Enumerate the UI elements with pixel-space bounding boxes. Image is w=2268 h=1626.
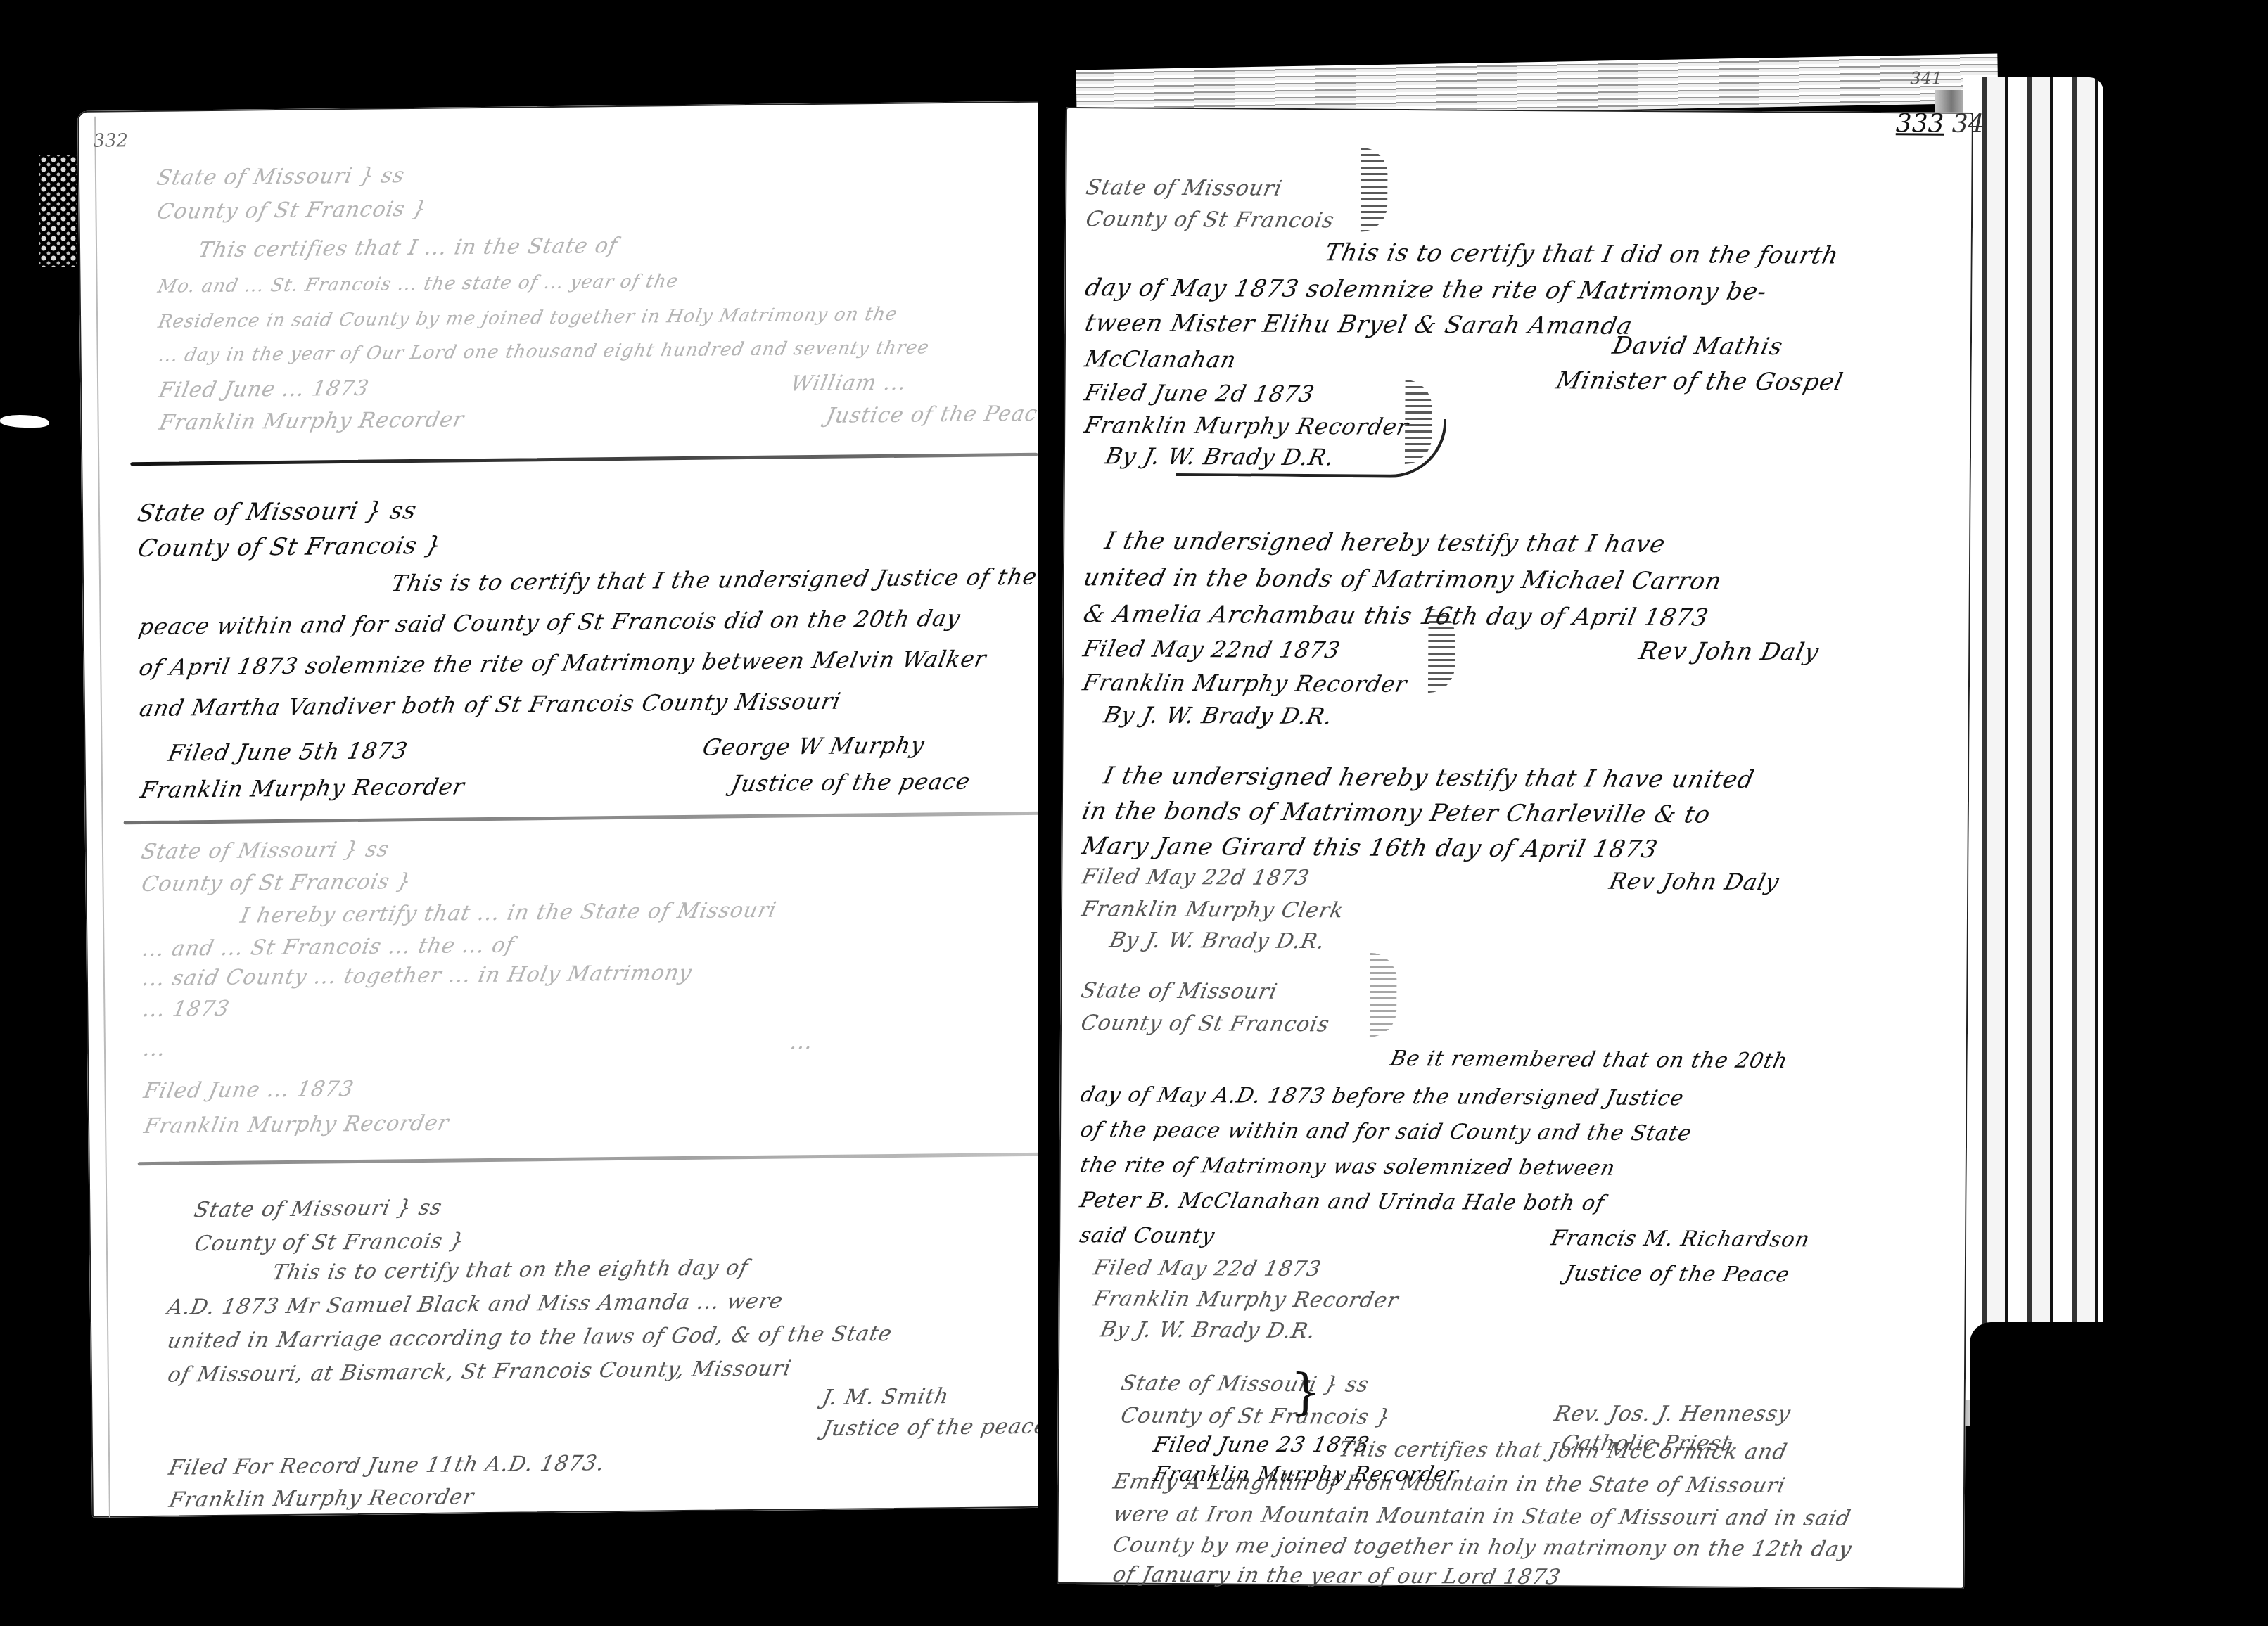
entry-line: and Martha Vandiver both of St Francois … (138, 690, 843, 720)
top-edge-number: 341 (1910, 68, 1942, 88)
entry-line: & Amelia Archambau this 16th day of Apri… (1081, 602, 1711, 629)
filed-line: Filed For Record June 11th A.D. 1873. (167, 1453, 606, 1479)
right-page: 333 34 341 State of Missouri County of S… (1057, 107, 1973, 1589)
scan-speckle-artifact (39, 155, 77, 267)
entry-line: peace within and for said County of St F… (136, 607, 962, 638)
entry-divider (124, 812, 1045, 825)
entry-line: were at Iron Mountain Mountain in State … (1111, 1504, 1852, 1529)
entry-line: Residence in said County by me joined to… (157, 305, 900, 331)
entry-divider (130, 453, 1038, 466)
entry-line: By J. W. Brady D.R. (1107, 930, 1327, 952)
entry-line: This is to certify that I the undersigne… (390, 565, 1040, 595)
entry-line: State of Missouri } ss (1119, 1374, 1371, 1396)
record-entry: State of Missouri } ss County of St Fran… (77, 101, 1055, 111)
entry-line: Mo. and ... St. Francois ... the state o… (156, 272, 680, 296)
right-page-number: 333 (1896, 109, 1944, 138)
seal-flourish (1361, 148, 1388, 232)
entry-line: County of St Francois } (1119, 1406, 1392, 1428)
signature: Francis M. Richardson (1549, 1228, 1812, 1250)
entry-line: ... day in the year of Our Lord one thou… (157, 338, 931, 365)
entry-line: State of Missouri (1079, 980, 1280, 1003)
entry-line: said County (1078, 1225, 1217, 1247)
filed-line: Franklin Murphy Recorder (167, 1487, 476, 1511)
entry-line: Franklin Murphy Recorder (158, 409, 466, 434)
entry-line: State of Missouri } ss (155, 165, 407, 189)
entry-line: Franklin Murphy Clerk (1080, 899, 1346, 921)
entry-line: State of Missouri } ss (136, 499, 419, 525)
scan-edge-artifact (0, 415, 49, 428)
entry-line: of the peace within and for said County … (1078, 1120, 1694, 1144)
entry-line: Filed May 22nd 1873 (1081, 637, 1343, 661)
signature-title: Justice of the peace (821, 1416, 1050, 1440)
record-entry: State of Missouri } ss County of St Fran… (77, 101, 1055, 111)
entry-line: By J. W. Brady D.R. (1102, 703, 1335, 727)
left-page-number: 332 (93, 130, 128, 152)
entry-line: ... and ... St Francois ... the ... of (140, 935, 516, 961)
signature: David Mathis (1610, 334, 1785, 359)
entry-line: ... said County ... together ... in Holy… (141, 963, 694, 990)
adjacent-tab-number: 34 (1952, 110, 1984, 139)
entry-line: Filed June ... 1873 (157, 378, 371, 402)
signature: ... (789, 1032, 815, 1053)
scan-shadow (1970, 1322, 2139, 1626)
entry-line: I hereby certify that ... in the State o… (238, 900, 778, 927)
entry-line: County of St Francois } (136, 534, 444, 561)
entry-line: County of St Francois } (155, 199, 428, 223)
entry-line: Filed May 22d 1873 (1080, 866, 1311, 889)
entry-line: I the undersigned hereby testify that I … (1103, 529, 1668, 556)
scan-shadow (84, 1519, 218, 1626)
entry-line: Filed June 23 1873 (1152, 1435, 1372, 1456)
entry-line: County of St Francois } (193, 1231, 466, 1255)
entry-line: This is to certify that I did on the fou… (1323, 241, 1841, 267)
record-entry: State of Missouri } ss County of St Fran… (77, 101, 1055, 111)
entry-line: Franklin Murphy Recorder (1081, 671, 1410, 696)
entry-line: Filed May 22d 1873 (1092, 1257, 1323, 1280)
entry-line: united in Marriage according to the laws… (165, 1324, 894, 1352)
seal-flourish (1176, 417, 1447, 478)
signature: Rev John Daly (1607, 870, 1782, 893)
entry-line: tween Mister Elihu Bryel & Sarah Amanda (1083, 311, 1634, 338)
entry-line: Peter B. McClanahan and Urinda Hale both… (1078, 1190, 1607, 1215)
entry-line: Mary Jane Girard this 16th day of April … (1080, 834, 1660, 862)
entry-line: ... 1873 (141, 999, 231, 1020)
signature-title: Justice of the peace (730, 770, 973, 795)
entry-line: County of St Francois (1084, 209, 1337, 231)
entry-line: I the undersigned hereby testify that I … (1101, 764, 1756, 792)
entry-line: A.D. 1873 Mr Samuel Black and Miss Amand… (165, 1291, 785, 1319)
signature-title: Justice of the Peace (824, 404, 1053, 427)
entry-line: State of Missouri } ss (139, 839, 391, 863)
entry-line: State of Missouri } ss (192, 1198, 444, 1222)
entry-line: day of May 1873 solemnize the rite of Ma… (1083, 276, 1769, 304)
entry-line: in the bonds of Matrimony Peter Charlevi… (1080, 799, 1713, 826)
entry-line: By J. W. Brady D.R. (1098, 1319, 1318, 1342)
signature: Rev John Daly (1637, 639, 1821, 665)
entry-line: County by me joined together in holy mat… (1111, 1535, 1854, 1560)
signature-title: Catholic Priest (1560, 1433, 1733, 1454)
entry-line: Filed June ... 1873 (142, 1079, 356, 1102)
entry-line: County of St Francois (1079, 1013, 1332, 1035)
seal-flourish (1428, 608, 1455, 693)
entry-line: Franklin Murphy Recorder (142, 1113, 451, 1138)
signature: Rev. Jos. J. Hennessy (1553, 1404, 1793, 1425)
entry-line: County of St Francois } (139, 871, 413, 895)
record-entry: State of Missouri } ss County of St Fran… (77, 101, 1055, 111)
entry-line: of Missouri, at Bismarck, St Francois Co… (166, 1358, 794, 1385)
signature: William ... (789, 373, 908, 395)
entry-line: This is to certify that on the eighth da… (270, 1257, 750, 1283)
entry-line: This certifies that I ... in the State o… (196, 236, 619, 261)
signature-title: Minister of the Gospel (1554, 369, 1845, 394)
entry-line: the rite of Matrimony was solemnized bet… (1078, 1155, 1618, 1179)
entry-line: Filed June 5th 1873 (166, 739, 409, 764)
entry-line: McClanahan (1083, 347, 1238, 371)
brace-mark: } (1290, 1367, 1322, 1416)
entry-line: Franklin Murphy Recorder (139, 775, 467, 801)
entry-line: day of May A.D. 1873 before the undersig… (1078, 1084, 1686, 1109)
entry-line: of January in the year of our Lord 1873 (1111, 1564, 1562, 1588)
page-stack-edges (1963, 77, 2103, 1400)
entry-line: Franklin Murphy Recorder (1091, 1288, 1400, 1312)
seal-flourish (1370, 953, 1397, 1037)
signature: George W Murphy (701, 734, 926, 758)
entry-line: of April 1873 solemnize the rite of Matr… (137, 647, 988, 679)
entry-line: State of Missouri (1084, 177, 1285, 200)
entry-line: united in the bonds of Matrimony Michael… (1081, 565, 1724, 593)
entry-line: Be it remembered that on the 20th (1388, 1049, 1790, 1072)
entry-line: Filed June 2d 1873 (1083, 381, 1317, 405)
signature: J. M. Smith (820, 1386, 951, 1409)
entry-divider (138, 1153, 1045, 1166)
entry-line: Franklin Murphy Recorder (1152, 1464, 1460, 1485)
entry-line: ... (141, 1039, 168, 1060)
signature-title: Justice of the Peace (1563, 1263, 1792, 1286)
left-page: 332 State of Missouri } ss County of St … (77, 101, 1070, 1517)
